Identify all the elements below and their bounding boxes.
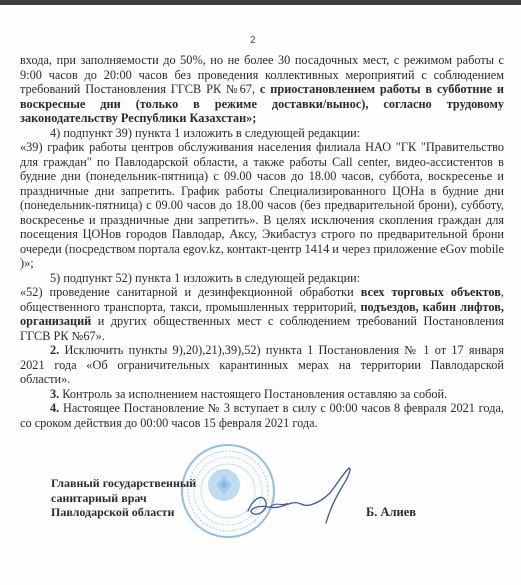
text-run: Контроль за исполнением настоящего Поста… (59, 387, 447, 401)
text-run: всех торговых объектов (361, 285, 501, 299)
paragraph-p52: «52) проведение санитарной и дезинфекцио… (20, 285, 504, 343)
paragraph-cont: входа, при заполняемости до 50%, но не б… (20, 53, 504, 126)
text-run: Настоящее Постановление № 3 вступает в с… (20, 401, 504, 430)
paragraph-p5-intro: 5) подпункт 52) пункта 1 изложить в след… (20, 271, 504, 286)
paragraph-p39: «39) график работы центров обслуживания … (20, 140, 504, 271)
text-run: «39) график работы центров обслуживания … (20, 140, 504, 270)
text-run: Исключить пункты 9),20),21),39),52) пунк… (20, 343, 504, 386)
text-run: 3. (50, 387, 59, 401)
signatory-title: Главный государственный санитарный врач … (51, 476, 196, 520)
text-run: 4) подпункт 39) пункта 1 изложить в след… (50, 126, 360, 140)
text-run: 2. (50, 343, 59, 357)
signatory-title-line: Главный государственный (51, 476, 196, 491)
signatory-name: Б. Алиев (366, 505, 416, 520)
signatory-title-line: Павлодарской области (51, 505, 196, 520)
text-run: «52) проведение санитарной и дезинфекцио… (20, 285, 361, 299)
paragraph-p4-intro: 4) подпункт 39) пункта 1 изложить в след… (20, 126, 504, 141)
paragraph-item4: 4. Настоящее Постановление № 3 вступает … (20, 401, 504, 430)
text-run: 5) подпункт 52) пункта 1 изложить в след… (50, 271, 360, 285)
handwritten-signature-icon (244, 463, 364, 533)
paragraph-item2: 2. Исключить пункты 9),20),21),39),52) п… (20, 343, 504, 387)
document-body: входа, при заполняемости до 50%, но не б… (20, 53, 504, 430)
paragraph-item3: 3. Контроль за исполнением настоящего По… (20, 387, 504, 402)
document-page: 2 входа, при заполняемости до 50%, но не… (0, 5, 521, 585)
text-run: 4. (50, 401, 59, 415)
text-run: и других общественных мест с соблюдением… (20, 314, 504, 343)
page-number: 2 (250, 35, 256, 46)
signatory-title-line: санитарный врач (51, 491, 196, 506)
